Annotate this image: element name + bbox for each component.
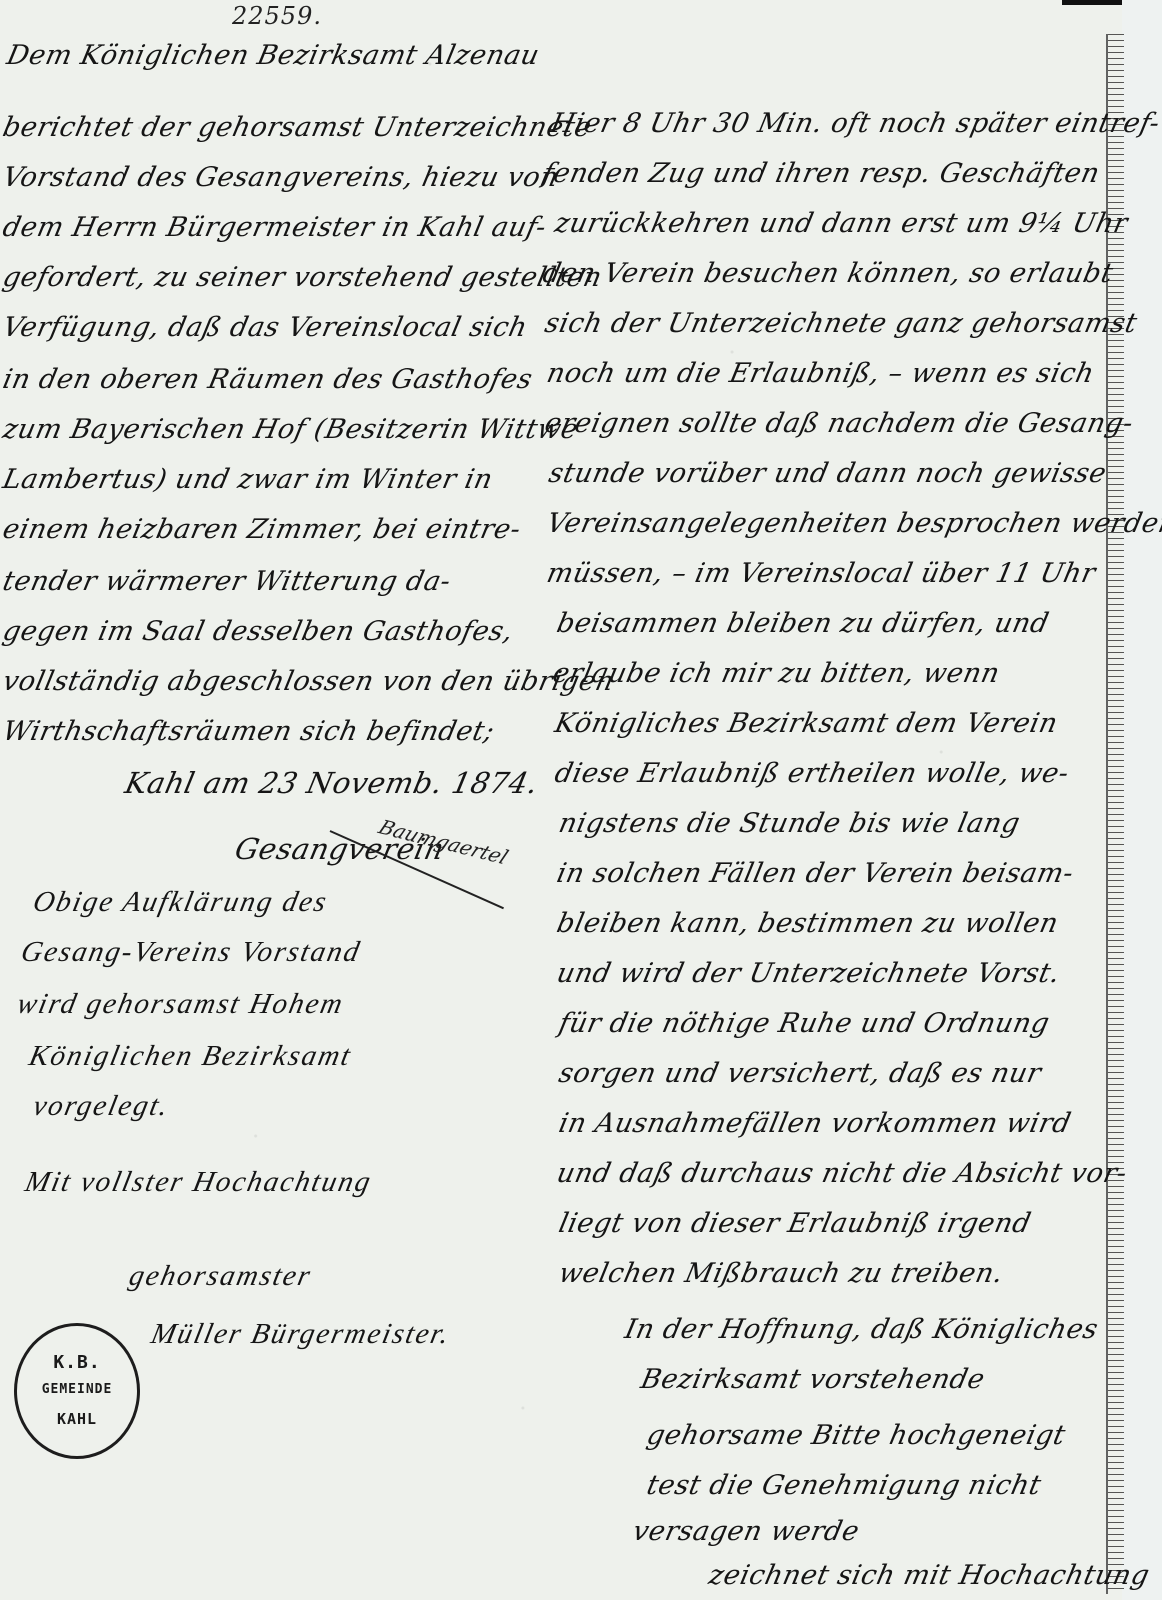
scan-margin <box>1122 0 1162 1600</box>
endorsement-line-6: Mit vollster Hochachtung <box>22 1166 375 1199</box>
endorsement-line-3: wird gehorsamst Hohem <box>14 988 347 1021</box>
right-line-2: fenden Zug und ihren resp. Geschäften <box>540 158 1103 189</box>
left-line-5: Verfügung, daß das Vereinslocal sich <box>0 312 530 343</box>
right-line-22: und daß durchaus nicht die Absicht vor- <box>554 1158 1130 1189</box>
right-line-5: sich der Unterzeichnete ganz gehorsamst <box>542 308 1140 339</box>
right-line-11: beisammen bleiben zu dürfen, und <box>554 608 1052 639</box>
left-line-7: zum Bayerischen Hof (Besitzerin Wittwe <box>0 414 581 445</box>
left-line-13: Wirthschaftsräumen sich befindet; <box>0 716 497 747</box>
right-line-27: gehorsame Bitte hochgeneigt <box>644 1420 1068 1451</box>
right-line-17: bleiben kann, bestimmen zu wollen <box>554 908 1061 939</box>
right-line-29: versagen werde <box>630 1516 862 1547</box>
right-line-18: und wird der Unterzeichnete Vorst. <box>554 958 1063 989</box>
right-line-7: ereignen sollte daß nachdem die Gesang- <box>542 408 1136 439</box>
right-line-1: Hier 8 Uhr 30 Min. oft noch später eintr… <box>548 108 1162 139</box>
left-line-10: tender wärmerer Witterung da- <box>0 566 454 597</box>
left-line-1: berichtet der gehorsamst Unterzeichnete <box>0 112 595 143</box>
right-line-15: nigstens die Stunde bis wie lang <box>556 808 1023 839</box>
right-line-10: müssen, – im Vereinslocal über 11 Uhr <box>544 558 1098 589</box>
official-seal-stamp: K.B. GEMEINDE KAHL <box>14 1323 140 1459</box>
right-line-8: stunde vorüber und dann noch gewisse <box>546 458 1109 489</box>
right-line-19: für die nöthige Ruhe und Ordnung <box>556 1008 1052 1039</box>
left-line-4: gefordert, zu seiner vorstehend gestellt… <box>0 262 605 293</box>
scanned-letter-page: 22559. Dem Königlichen Bezirksamt Alzena… <box>0 0 1162 1600</box>
right-line-12: erlaube ich mir zu bitten, wenn <box>550 658 1003 689</box>
mayor-signature: Müller Bürgermeister. <box>148 1318 454 1351</box>
left-line-9: einem heizbaren Zimmer, bei eintre- <box>0 514 524 545</box>
endorsement-line-4: Königlichen Bezirksamt <box>26 1040 355 1073</box>
right-line-26: Bezirksamt vorstehende <box>638 1364 988 1395</box>
right-line-30: zeichnet sich mit Hochachtung <box>706 1560 1152 1591</box>
right-line-16: in solchen Fällen der Verein beisam- <box>554 858 1076 889</box>
endorsement-line-1: Obige Aufklärung des <box>30 886 331 919</box>
right-line-9: Vereinsangelegenheiten besprochen werden <box>544 508 1162 539</box>
right-line-3: zurückkehren und dann erst um 9¼ Uhr <box>552 208 1131 239</box>
left-line-8: Lambertus) und zwar im Winter in <box>0 464 496 495</box>
left-line-12: vollständig abgeschlossen von den übrige… <box>0 666 617 697</box>
date-line: Kahl am 23 Novemb. 1874. <box>122 766 541 800</box>
endorsement-line-2: Gesang-Vereins Vorstand <box>18 936 364 969</box>
left-line-2: Vorstand des Gesangvereins, hiezu von <box>0 162 561 193</box>
right-line-4: den Verein besuchen können, so erlaubt <box>540 258 1116 289</box>
right-line-21: in Ausnahmefällen vorkommen wird <box>556 1108 1074 1139</box>
left-line-6: in den oberen Räumen des Gasthofes <box>0 364 535 395</box>
endorsement-line-5: vorgelegt. <box>30 1090 173 1123</box>
left-line-6-text: in den oberen Räumen des Gasthofes <box>0 364 535 395</box>
right-line-14: diese Erlaubniß ertheilen wolle, we- <box>552 758 1072 789</box>
right-line-6: noch um die Erlaubniß, – wenn es sich <box>544 358 1097 389</box>
right-line-23: liegt von dieser Erlaubniß irgend <box>556 1208 1034 1239</box>
seal-row-1: K.B. <box>17 1352 137 1373</box>
right-line-28: test die Genehmigung nicht <box>644 1470 1044 1501</box>
left-line-3: dem Herrn Bürgermeister in Kahl auf- <box>0 212 549 243</box>
right-line-13: Königliches Bezirksamt dem Verein <box>552 708 1061 739</box>
seal-row-2: GEMEINDE <box>17 1382 137 1397</box>
right-line-25: In der Hoffnung, daß Königliches <box>622 1314 1101 1345</box>
seal-row-3: KAHL <box>17 1410 137 1428</box>
right-line-24: welchen Mißbrauch zu treiben. <box>556 1258 1006 1289</box>
endorsement-line-7: gehorsamster <box>126 1260 315 1293</box>
addressee-line: Dem Königlichen Bezirksamt Alzenau <box>4 40 542 71</box>
left-line-11: gegen im Saal desselben Gasthofes, <box>0 616 516 647</box>
archive-number: 22559. <box>232 2 322 30</box>
right-line-20: sorgen und versichert, daß es nur <box>556 1058 1044 1089</box>
